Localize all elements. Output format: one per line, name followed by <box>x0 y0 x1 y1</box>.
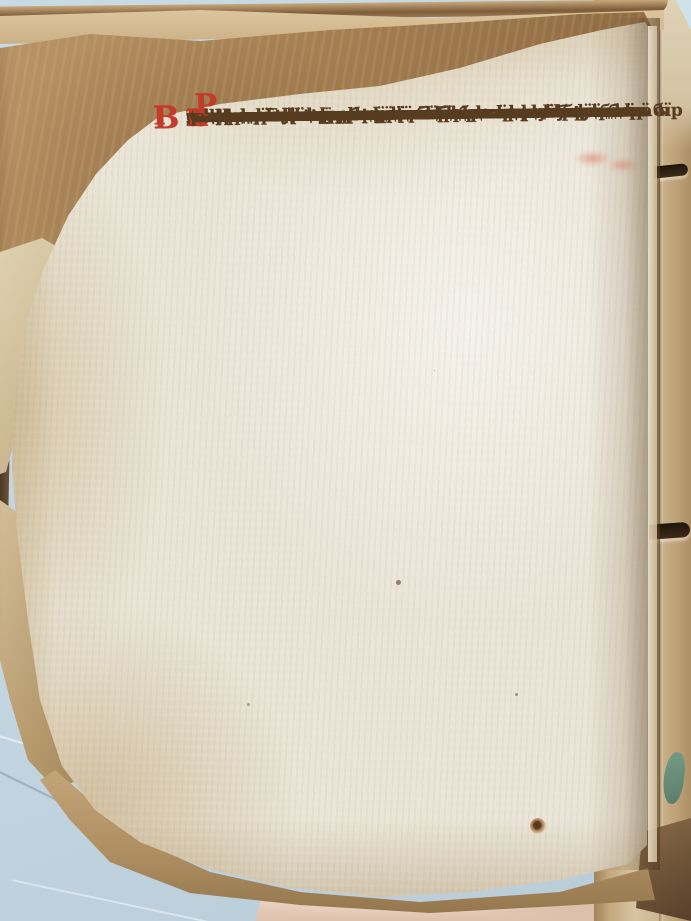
red-ink-showthrough <box>574 148 640 174</box>
wormhole <box>530 818 546 834</box>
text-segment: отводѧ сн хѣ на празь <box>194 103 433 130</box>
manuscript-line: ста пнмль кьвлцѣ ∴ Ротводѧ сн хѣ на праз… <box>186 106 194 130</box>
manuscript-photo: тнсо дрѣво ѹпрѣтнь посьѵеннѣ · неплодьст… <box>0 0 691 921</box>
rubric-initial: В <box>153 103 180 134</box>
gutter-crease <box>659 0 663 921</box>
page-edge-highlight <box>648 26 657 862</box>
ink-specks <box>396 580 401 585</box>
